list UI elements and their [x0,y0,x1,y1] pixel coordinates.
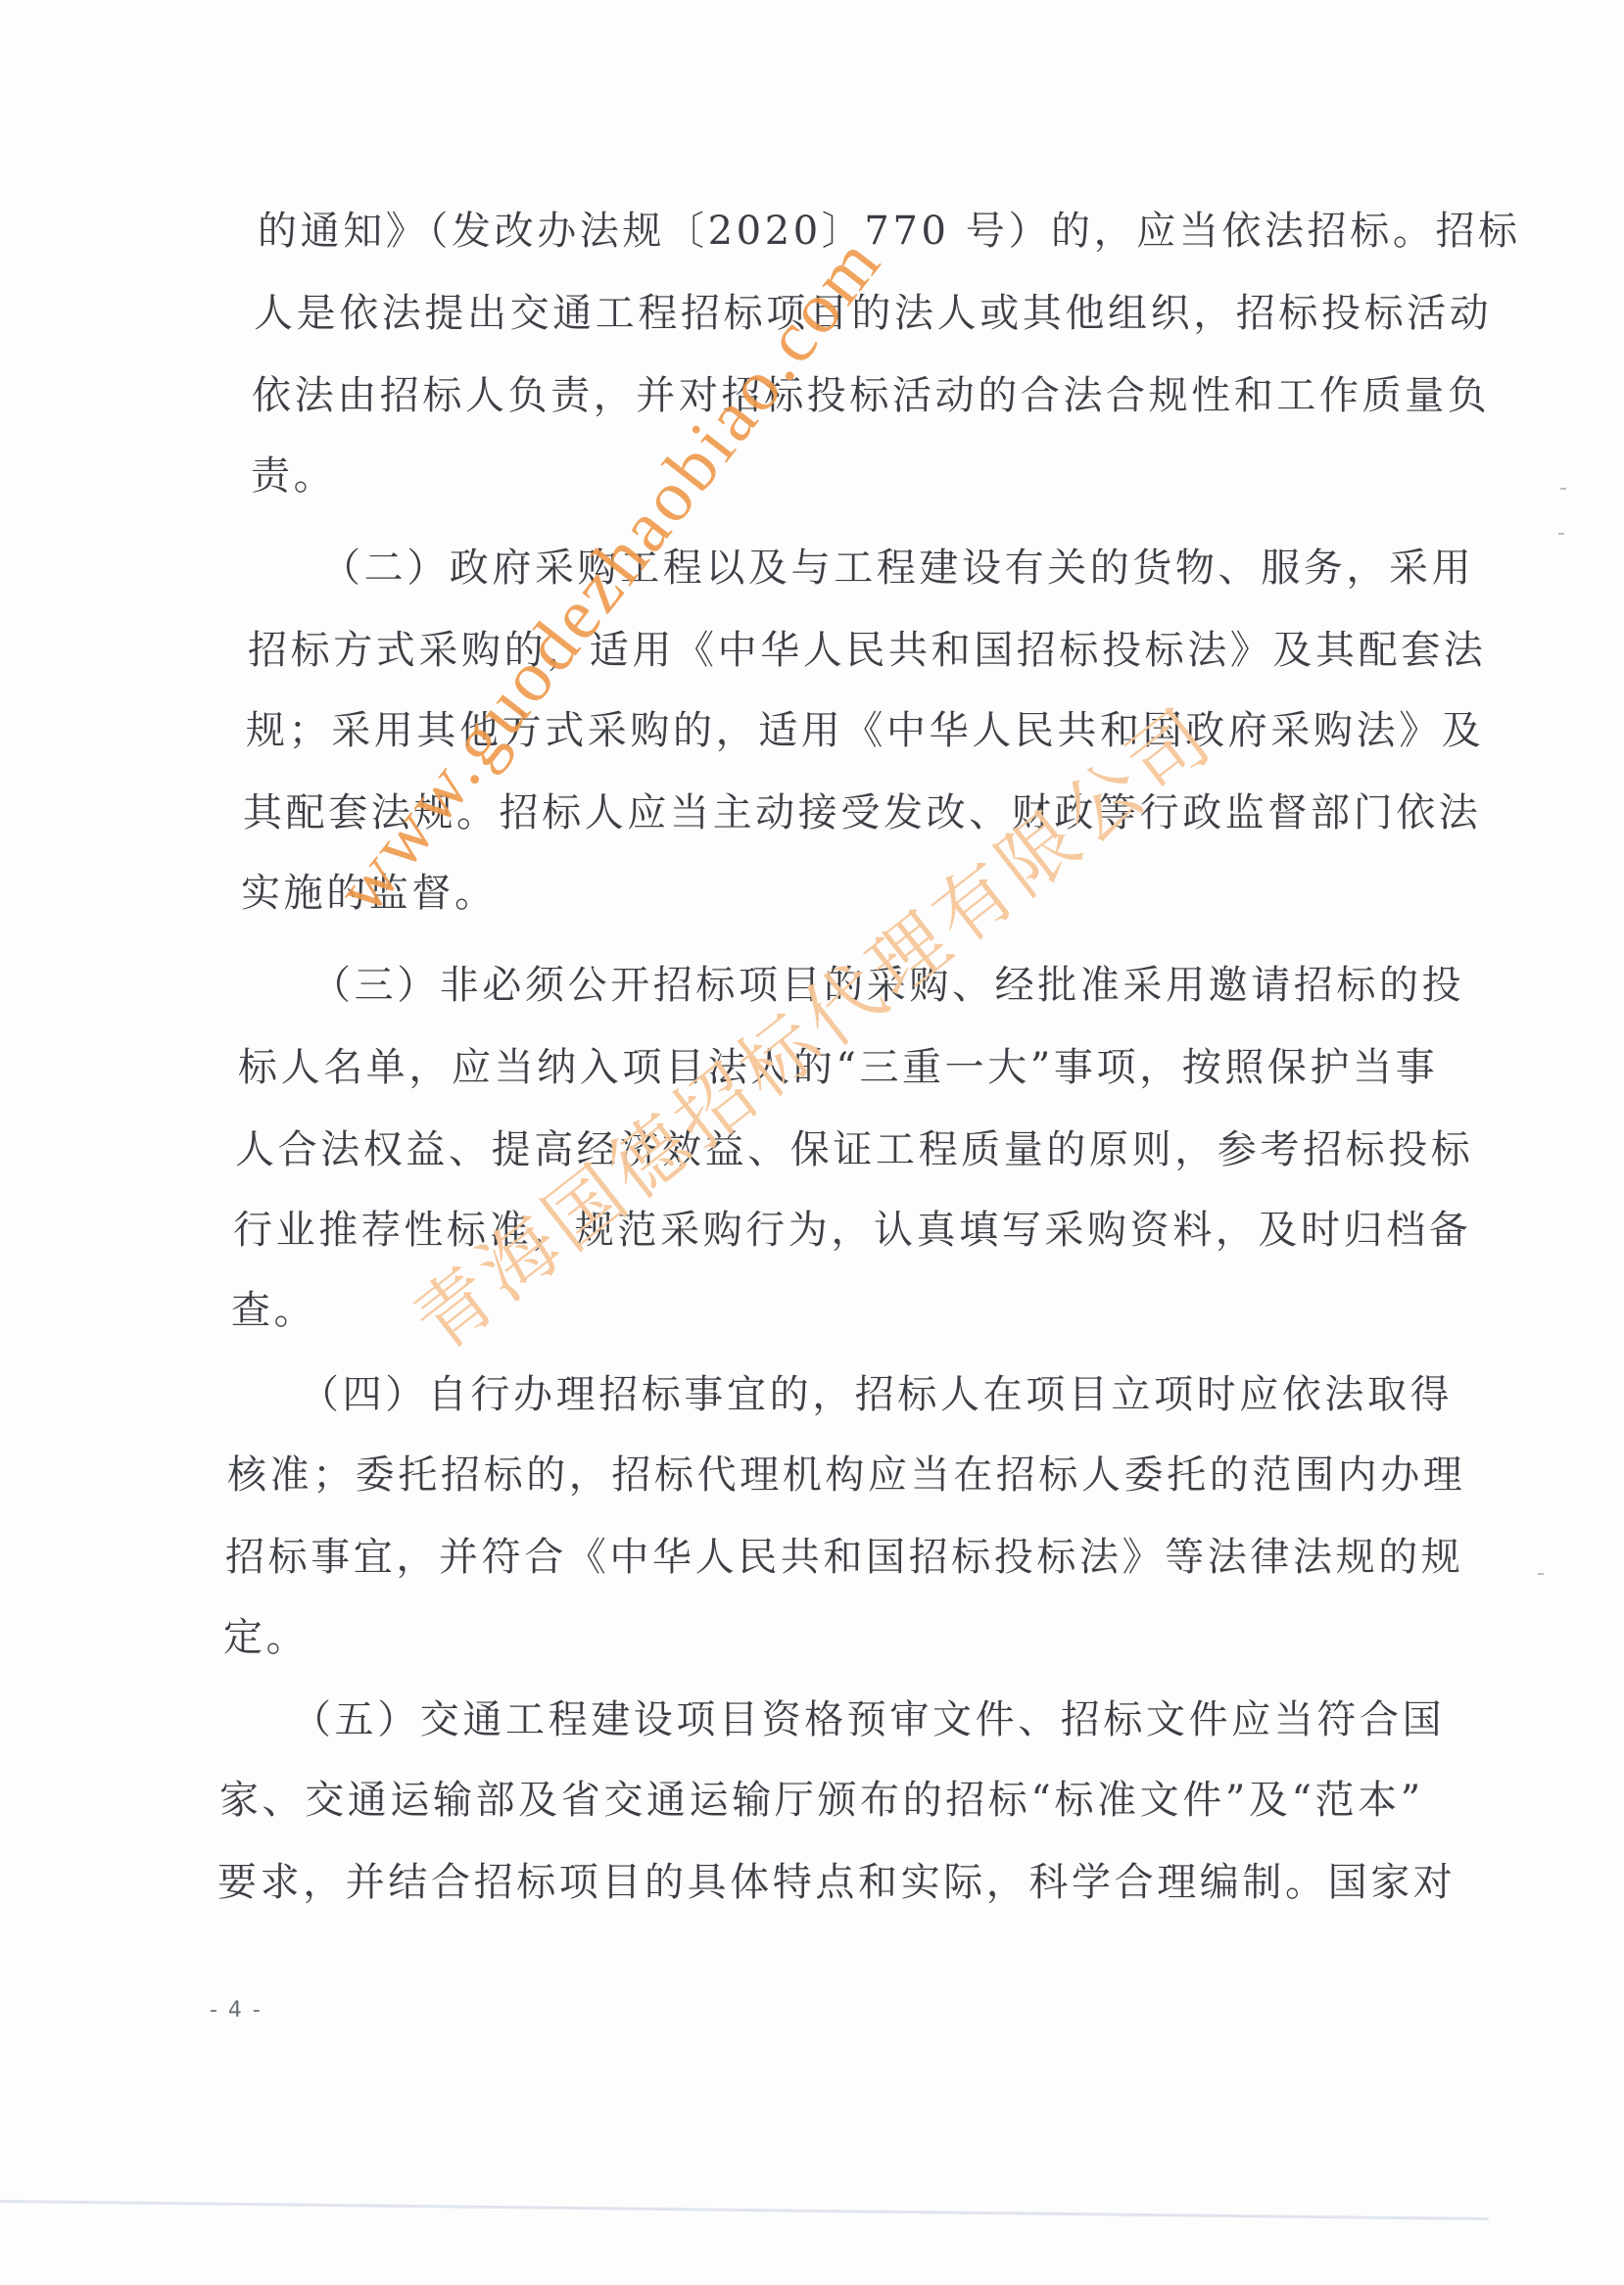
text-line: （二）政府采购工程以及与工程建设有关的货物、服务，采用 [321,545,1474,592]
text-line: 招标事宜，并符合《中华人民共和国招标投标法》等法律法规的规 [225,1534,1463,1581]
scan-speck [1558,533,1564,535]
text-line: （五）交通工程建设项目资格预审文件、招标文件应当符合国 [292,1696,1445,1743]
text-line: 实施的监督。 [241,870,498,917]
scan-speck [1560,488,1566,490]
watermark-company: 青海国德招标代理有限公司 [388,677,1233,1371]
scan-edge-line [0,2200,1489,2220]
text-line: 其配套法规。招标人应当主动接受发改、财政等行政监督部门依法 [243,789,1481,836]
text-line: 责。 [251,452,336,500]
text-line: 要求，并结合招标项目的具体特点和实际，科学合理编制。国家对 [217,1859,1456,1906]
text-line: 核准；委托招标的，招标代理机构应当在招标人委托的范围内办理 [227,1452,1465,1499]
text-line: 的通知》（发改办法规〔2020〕770 号）的，应当依法招标。招标 [258,208,1521,255]
page-number: - 4 - [210,1998,263,2023]
text-line: 行业推荐性标准，规范采购行为，认真填写采购资料，及时归档备 [233,1207,1471,1254]
text-line: 定。 [223,1614,309,1661]
text-line: 人是依法提出交通工程招标项目的法人或其他组织，招标投标活动 [254,290,1492,337]
text-line: （三）非必须公开招标项目的采购、经批准采用邀请招标的投 [311,962,1464,1009]
text-line: （四）自行办理招标事宜的，招标人在项目立项时应依法取得 [300,1371,1453,1418]
text-line: 家、交通运输部及省交通运输厅颁布的招标“标准文件”及“范本” [219,1777,1424,1824]
text-line: 规；采用其他方式采购的，适用《中华人民共和国政府采购法》及 [246,707,1484,754]
text-line: 人合法权益、提高经济效益、保证工程质量的原则，参考招标投标 [235,1126,1473,1173]
scan-speck [1538,1573,1544,1575]
text-line: 依法由招标人负责，并对招标投标活动的合法合规性和工作质量负 [252,372,1490,419]
text-line: 招标方式采购的，适用《中华人民共和国招标投标法》及其配套法 [248,627,1486,674]
document-page: 的通知》（发改办法规〔2020〕770 号）的，应当依法招标。招标人是依法提出交… [0,0,1624,2285]
text-line: 查。 [231,1287,316,1334]
text-line: 标人名单，应当纳入项目法人的“三重一大”事项，按照保护当事 [238,1044,1438,1091]
